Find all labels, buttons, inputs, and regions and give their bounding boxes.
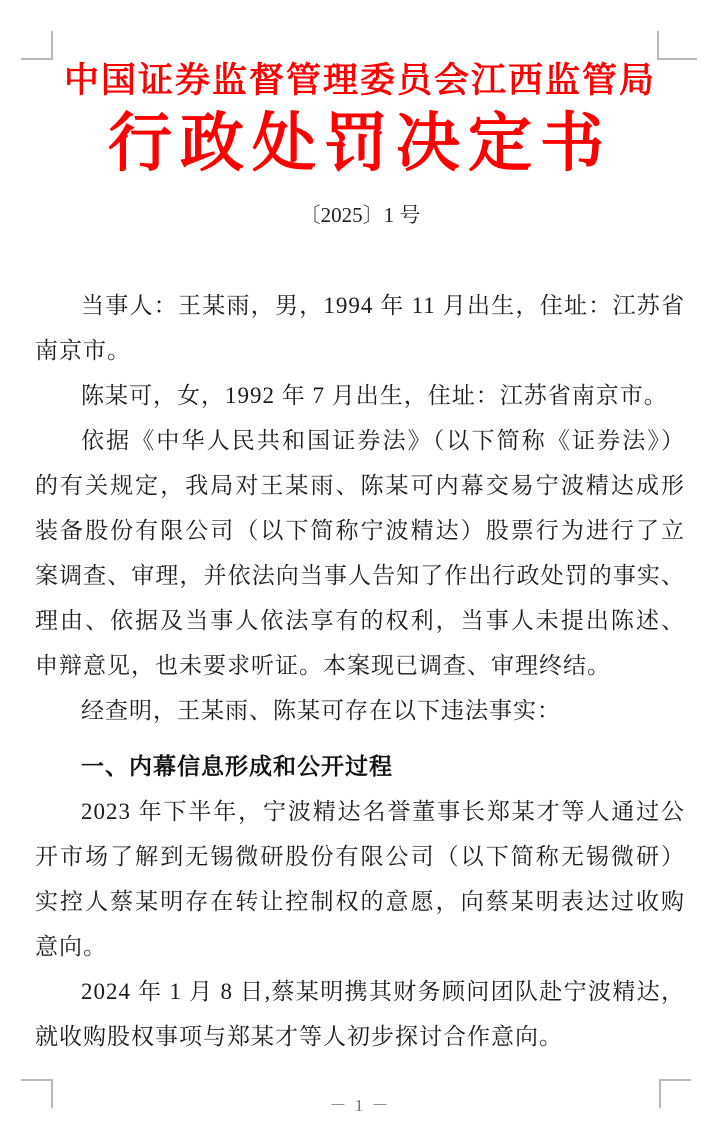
body-line: 开市场了解到无锡微研股份有限公司（以下简称无锡微研） <box>35 834 685 879</box>
body-line: 案调查、审理，并依法向当事人告知了作出行政处罚的事实、 <box>35 553 685 598</box>
crop-mark-top-right-icon <box>657 31 697 60</box>
body-line: 意向。 <box>35 924 685 969</box>
body-line: 理由、依据及当事人依法享有的权利，当事人未提出陈述、 <box>35 598 685 643</box>
body-line: 装备股份有限公司（以下简称宁波精达）股票行为进行了立 <box>35 508 685 553</box>
document-title: 行政处罚决定书 <box>0 102 720 186</box>
body-line: 经查明，王某雨、陈某可存在以下违法事实： <box>35 688 685 733</box>
body-line: 2023 年下半年，宁波精达名誉董事长郑某才等人通过公 <box>35 789 685 834</box>
page-number: － 1 － <box>0 1094 720 1118</box>
section-heading: 一、内幕信息形成和公开过程 <box>35 744 685 789</box>
body-line: 就收购股权事项与郑某才等人初步探讨合作意向。 <box>35 1014 685 1059</box>
body-line: 南京市。 <box>35 328 685 373</box>
body-line: 申辩意见，也未要求听证。本案现已调查、审理终结。 <box>35 643 685 688</box>
agency-title: 中国证券监督管理委员会江西监管局 <box>0 60 720 102</box>
body-line: 2024 年 1 月 8 日,蔡某明携其财务顾问团队赴宁波精达， <box>35 969 685 1014</box>
document-number: 〔2025〕1 号 <box>0 200 720 230</box>
body-line: 的有关规定，我局对王某雨、陈某可内幕交易宁波精达成形 <box>35 463 685 508</box>
document-body: 当事人：王某雨，男，1994 年 11 月出生，住址：江苏省南京市。陈某可，女，… <box>0 283 720 1059</box>
document-page: 中国证券监督管理委员会江西监管局 行政处罚决定书 〔2025〕1 号 当事人：王… <box>0 0 720 1141</box>
crop-mark-top-left-icon <box>21 31 53 60</box>
body-line: 当事人：王某雨，男，1994 年 11 月出生，住址：江苏省 <box>35 283 685 328</box>
body-line: 陈某可，女，1992 年 7 月出生，住址：江苏省南京市。 <box>35 373 685 418</box>
body-line: 依据《中华人民共和国证券法》（以下简称《证券法》） <box>35 418 685 463</box>
body-line: 实控人蔡某明存在转让控制权的意愿，向蔡某明表达过收购 <box>35 879 685 924</box>
